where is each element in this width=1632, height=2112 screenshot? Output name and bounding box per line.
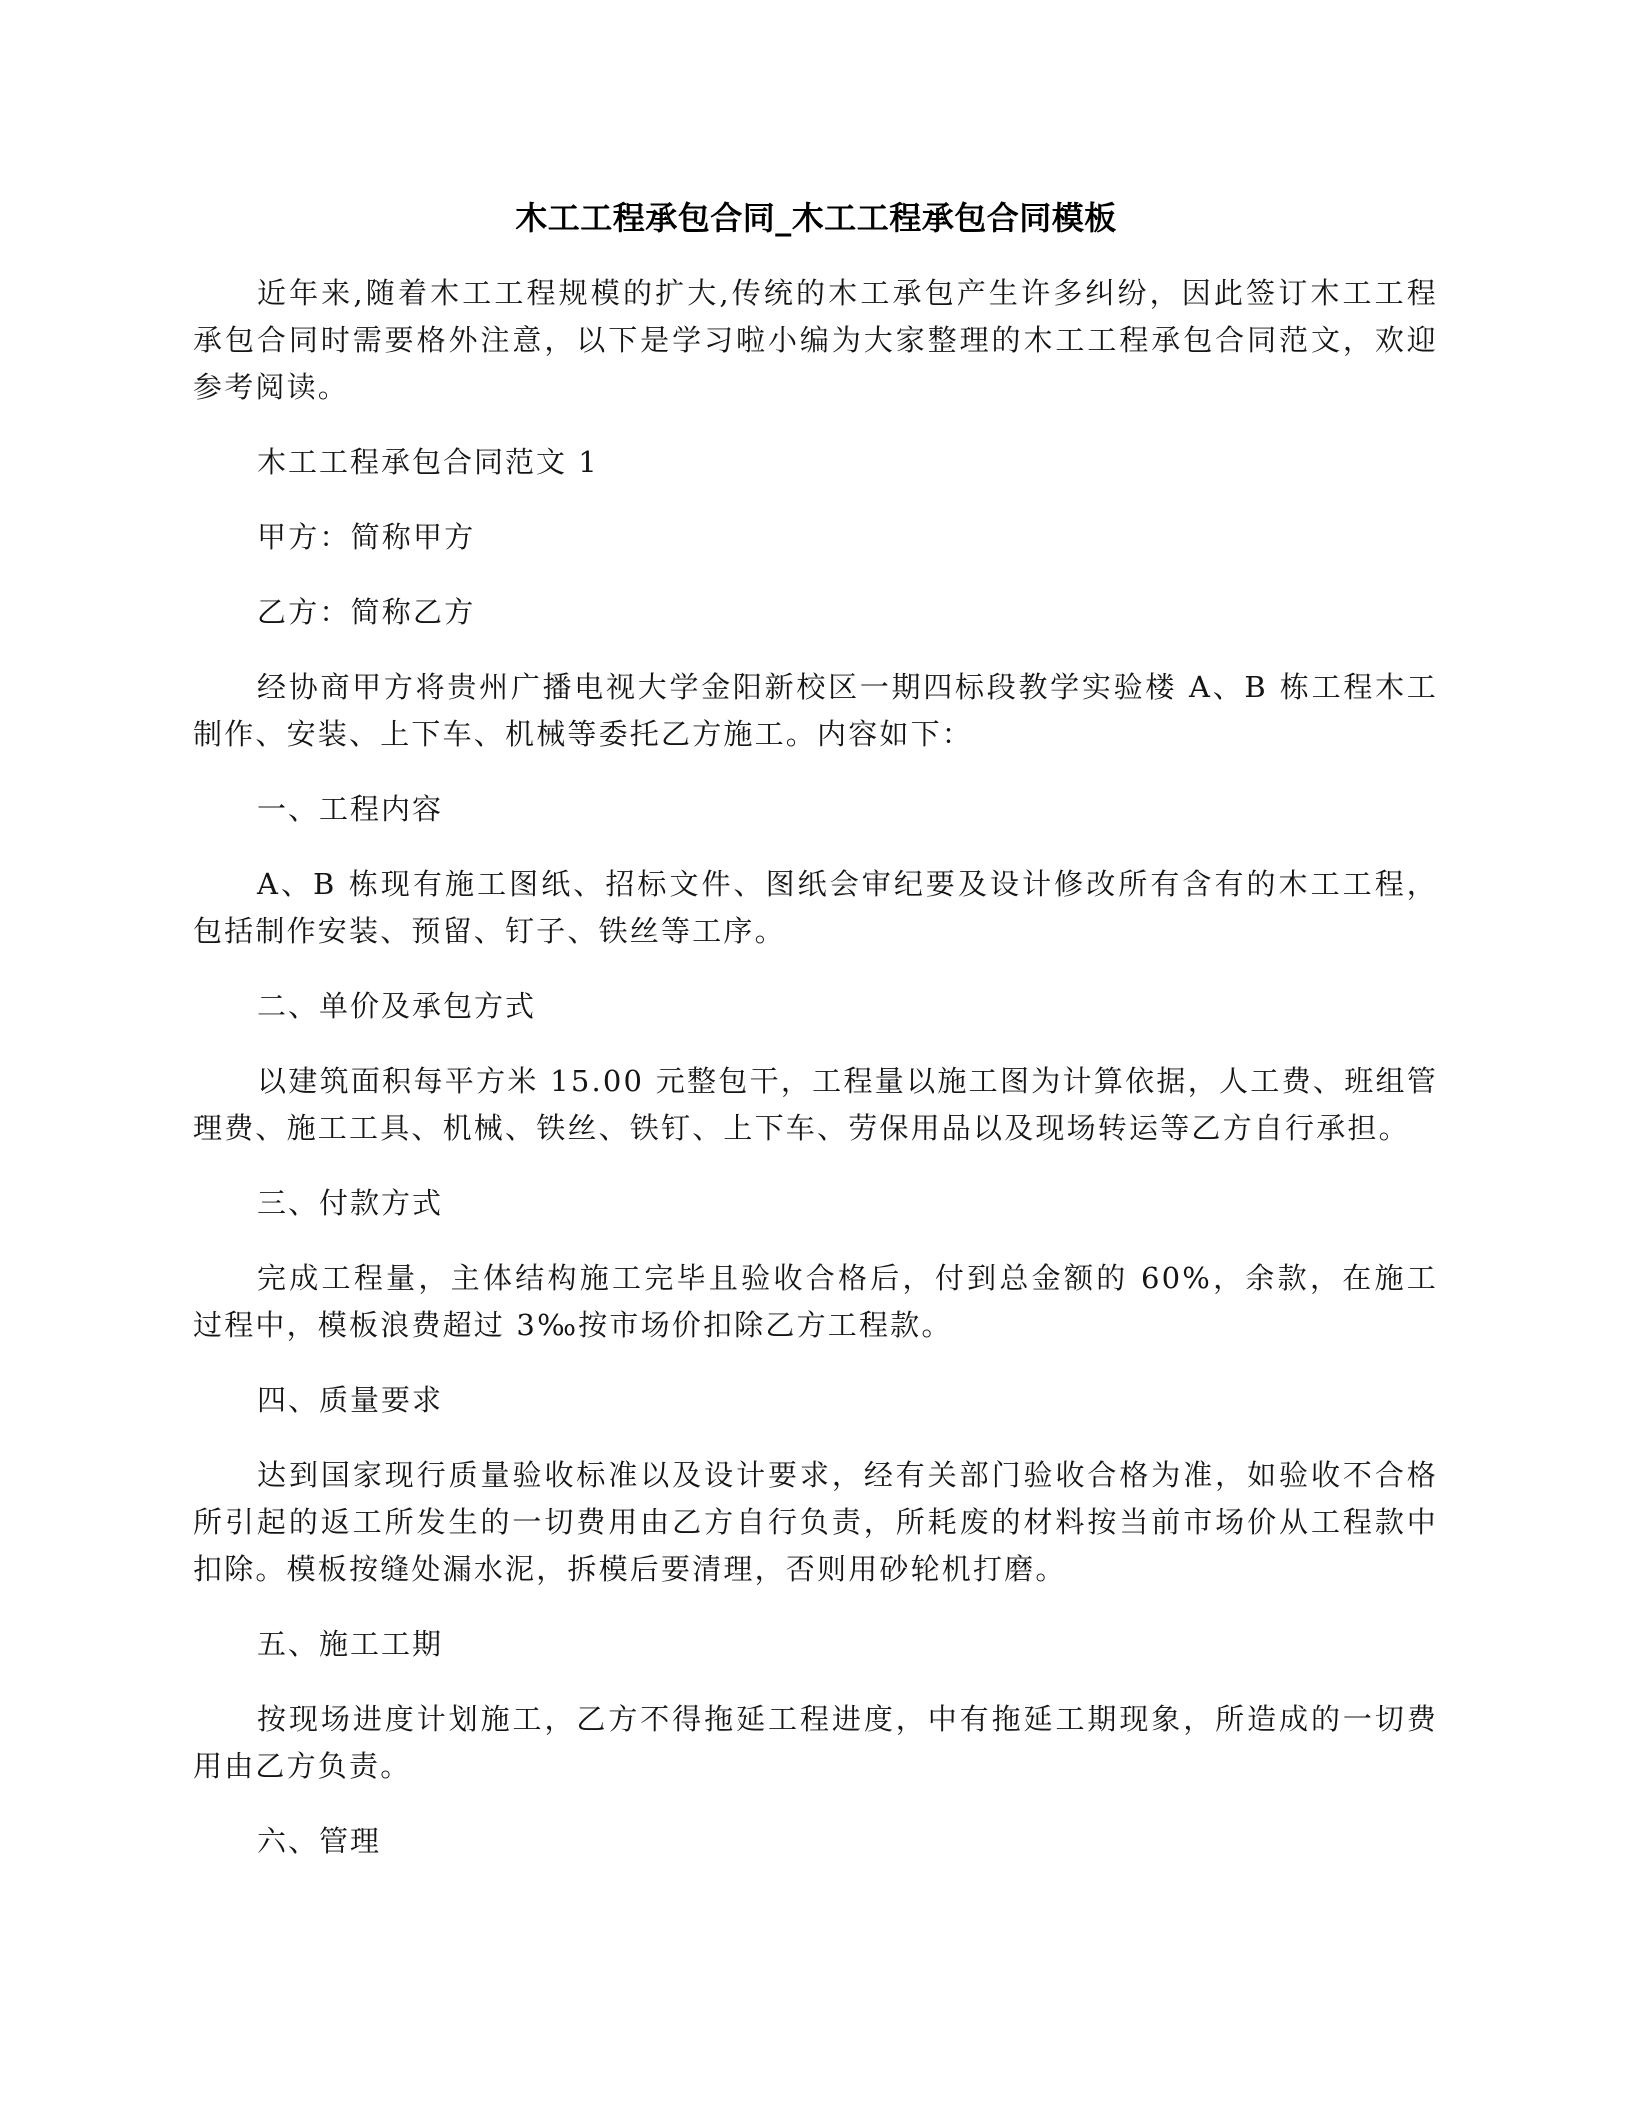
paragraph-line: 承包合同时需要格外注意，以下是学习啦小编为大家整理的木工工程承包合同范文，欢迎 (193, 317, 1438, 364)
paragraph-line: 理费、施工工具、机械、铁丝、铁钉、上下车、劳保用品以及现场转运等乙方自行承担。 (193, 1105, 1438, 1152)
paragraph-line: 参考阅读。 (193, 364, 1438, 411)
heading-line: 一、工程内容 (193, 786, 1438, 833)
party-a-paragraph: 甲方：简称甲方 (193, 514, 1438, 561)
heading-line: 三、付款方式 (193, 1180, 1438, 1227)
paragraph-line: 乙方：简称乙方 (193, 589, 1438, 636)
heading-line: 四、质量要求 (193, 1377, 1438, 1424)
heading-line: 二、单价及承包方式 (193, 983, 1438, 1030)
payment-paragraph: 完成工程量，主体结构施工完毕且验收合格后，付到总金额的 60%，余款，在施工 过… (193, 1255, 1438, 1349)
section-heading-management: 六、管理 (193, 1818, 1438, 1865)
section-heading-schedule: 五、施工工期 (193, 1621, 1438, 1668)
schedule-paragraph: 按现场进度计划施工，乙方不得拖延工程进度，中有拖延工期现象，所造成的一切费 用由… (193, 1696, 1438, 1790)
quality-paragraph: 达到国家现行质量验收标准以及设计要求，经有关部门验收合格为准，如验收不合格 所引… (193, 1452, 1438, 1593)
paragraph-line: 用由乙方负责。 (193, 1743, 1438, 1790)
section-heading-payment: 三、付款方式 (193, 1180, 1438, 1227)
paragraph-line: 以建筑面积每平方米 15.00 元整包干，工程量以施工图为计算依据，人工费、班组… (193, 1058, 1438, 1105)
section-heading-quality: 四、质量要求 (193, 1377, 1438, 1424)
paragraph-line: 制作、安装、上下车、机械等委托乙方施工。内容如下： (193, 711, 1438, 758)
paragraph-line: 近年来,随着木工工程规模的扩大,传统的木工承包产生许多纠纷，因此签订木工工程 (193, 270, 1438, 317)
paragraph-line: 包括制作安装、预留、钉子、铁丝等工序。 (193, 908, 1438, 955)
scope-paragraph: A、B 栋现有施工图纸、招标文件、图纸会审纪要及设计修改所有含有的木工工程， 包… (193, 861, 1438, 955)
intro-paragraph: 近年来,随着木工工程规模的扩大,传统的木工承包产生许多纠纷，因此签订木工工程 承… (193, 270, 1438, 411)
paragraph-line: 过程中，模板浪费超过 3‰按市场价扣除乙方工程款。 (193, 1302, 1438, 1349)
paragraph-line: A、B 栋现有施工图纸、招标文件、图纸会审纪要及设计修改所有含有的木工工程， (193, 861, 1438, 908)
paragraph-line: 扣除。模板按缝处漏水泥，拆模后要清理，否则用砂轮机打磨。 (193, 1546, 1438, 1593)
paragraph-line: 完成工程量，主体结构施工完毕且验收合格后，付到总金额的 60%，余款，在施工 (193, 1255, 1438, 1302)
paragraph-line: 按现场进度计划施工，乙方不得拖延工程进度，中有拖延工期现象，所造成的一切费 (193, 1696, 1438, 1743)
price-paragraph: 以建筑面积每平方米 15.00 元整包干，工程量以施工图为计算依据，人工费、班组… (193, 1058, 1438, 1152)
sample-heading: 木工工程承包合同范文 1 (193, 439, 1438, 486)
document-body: 近年来,随着木工工程规模的扩大,传统的木工承包产生许多纠纷，因此签订木工工程 承… (193, 270, 1438, 1893)
party-b-paragraph: 乙方：简称乙方 (193, 589, 1438, 636)
document-title: 木工工程承包合同_木工工程承包合同模板 (0, 196, 1632, 240)
paragraph-line: 甲方：简称甲方 (193, 514, 1438, 561)
section-heading-scope: 一、工程内容 (193, 786, 1438, 833)
paragraph-line: 所引起的返工所发生的一切费用由乙方自行负责，所耗废的材料按当前市场价从工程款中 (193, 1499, 1438, 1546)
paragraph-line: 经协商甲方将贵州广播电视大学金阳新校区一期四标段教学实验楼 A、B 栋工程木工 (193, 664, 1438, 711)
heading-line: 六、管理 (193, 1818, 1438, 1865)
agreement-paragraph: 经协商甲方将贵州广播电视大学金阳新校区一期四标段教学实验楼 A、B 栋工程木工 … (193, 664, 1438, 758)
heading-line: 五、施工工期 (193, 1621, 1438, 1668)
heading-line: 木工工程承包合同范文 1 (193, 439, 1438, 486)
paragraph-line: 达到国家现行质量验收标准以及设计要求，经有关部门验收合格为准，如验收不合格 (193, 1452, 1438, 1499)
document-page: 木工工程承包合同_木工工程承包合同模板 近年来,随着木工工程规模的扩大,传统的木… (0, 0, 1632, 2112)
section-heading-price: 二、单价及承包方式 (193, 983, 1438, 1030)
